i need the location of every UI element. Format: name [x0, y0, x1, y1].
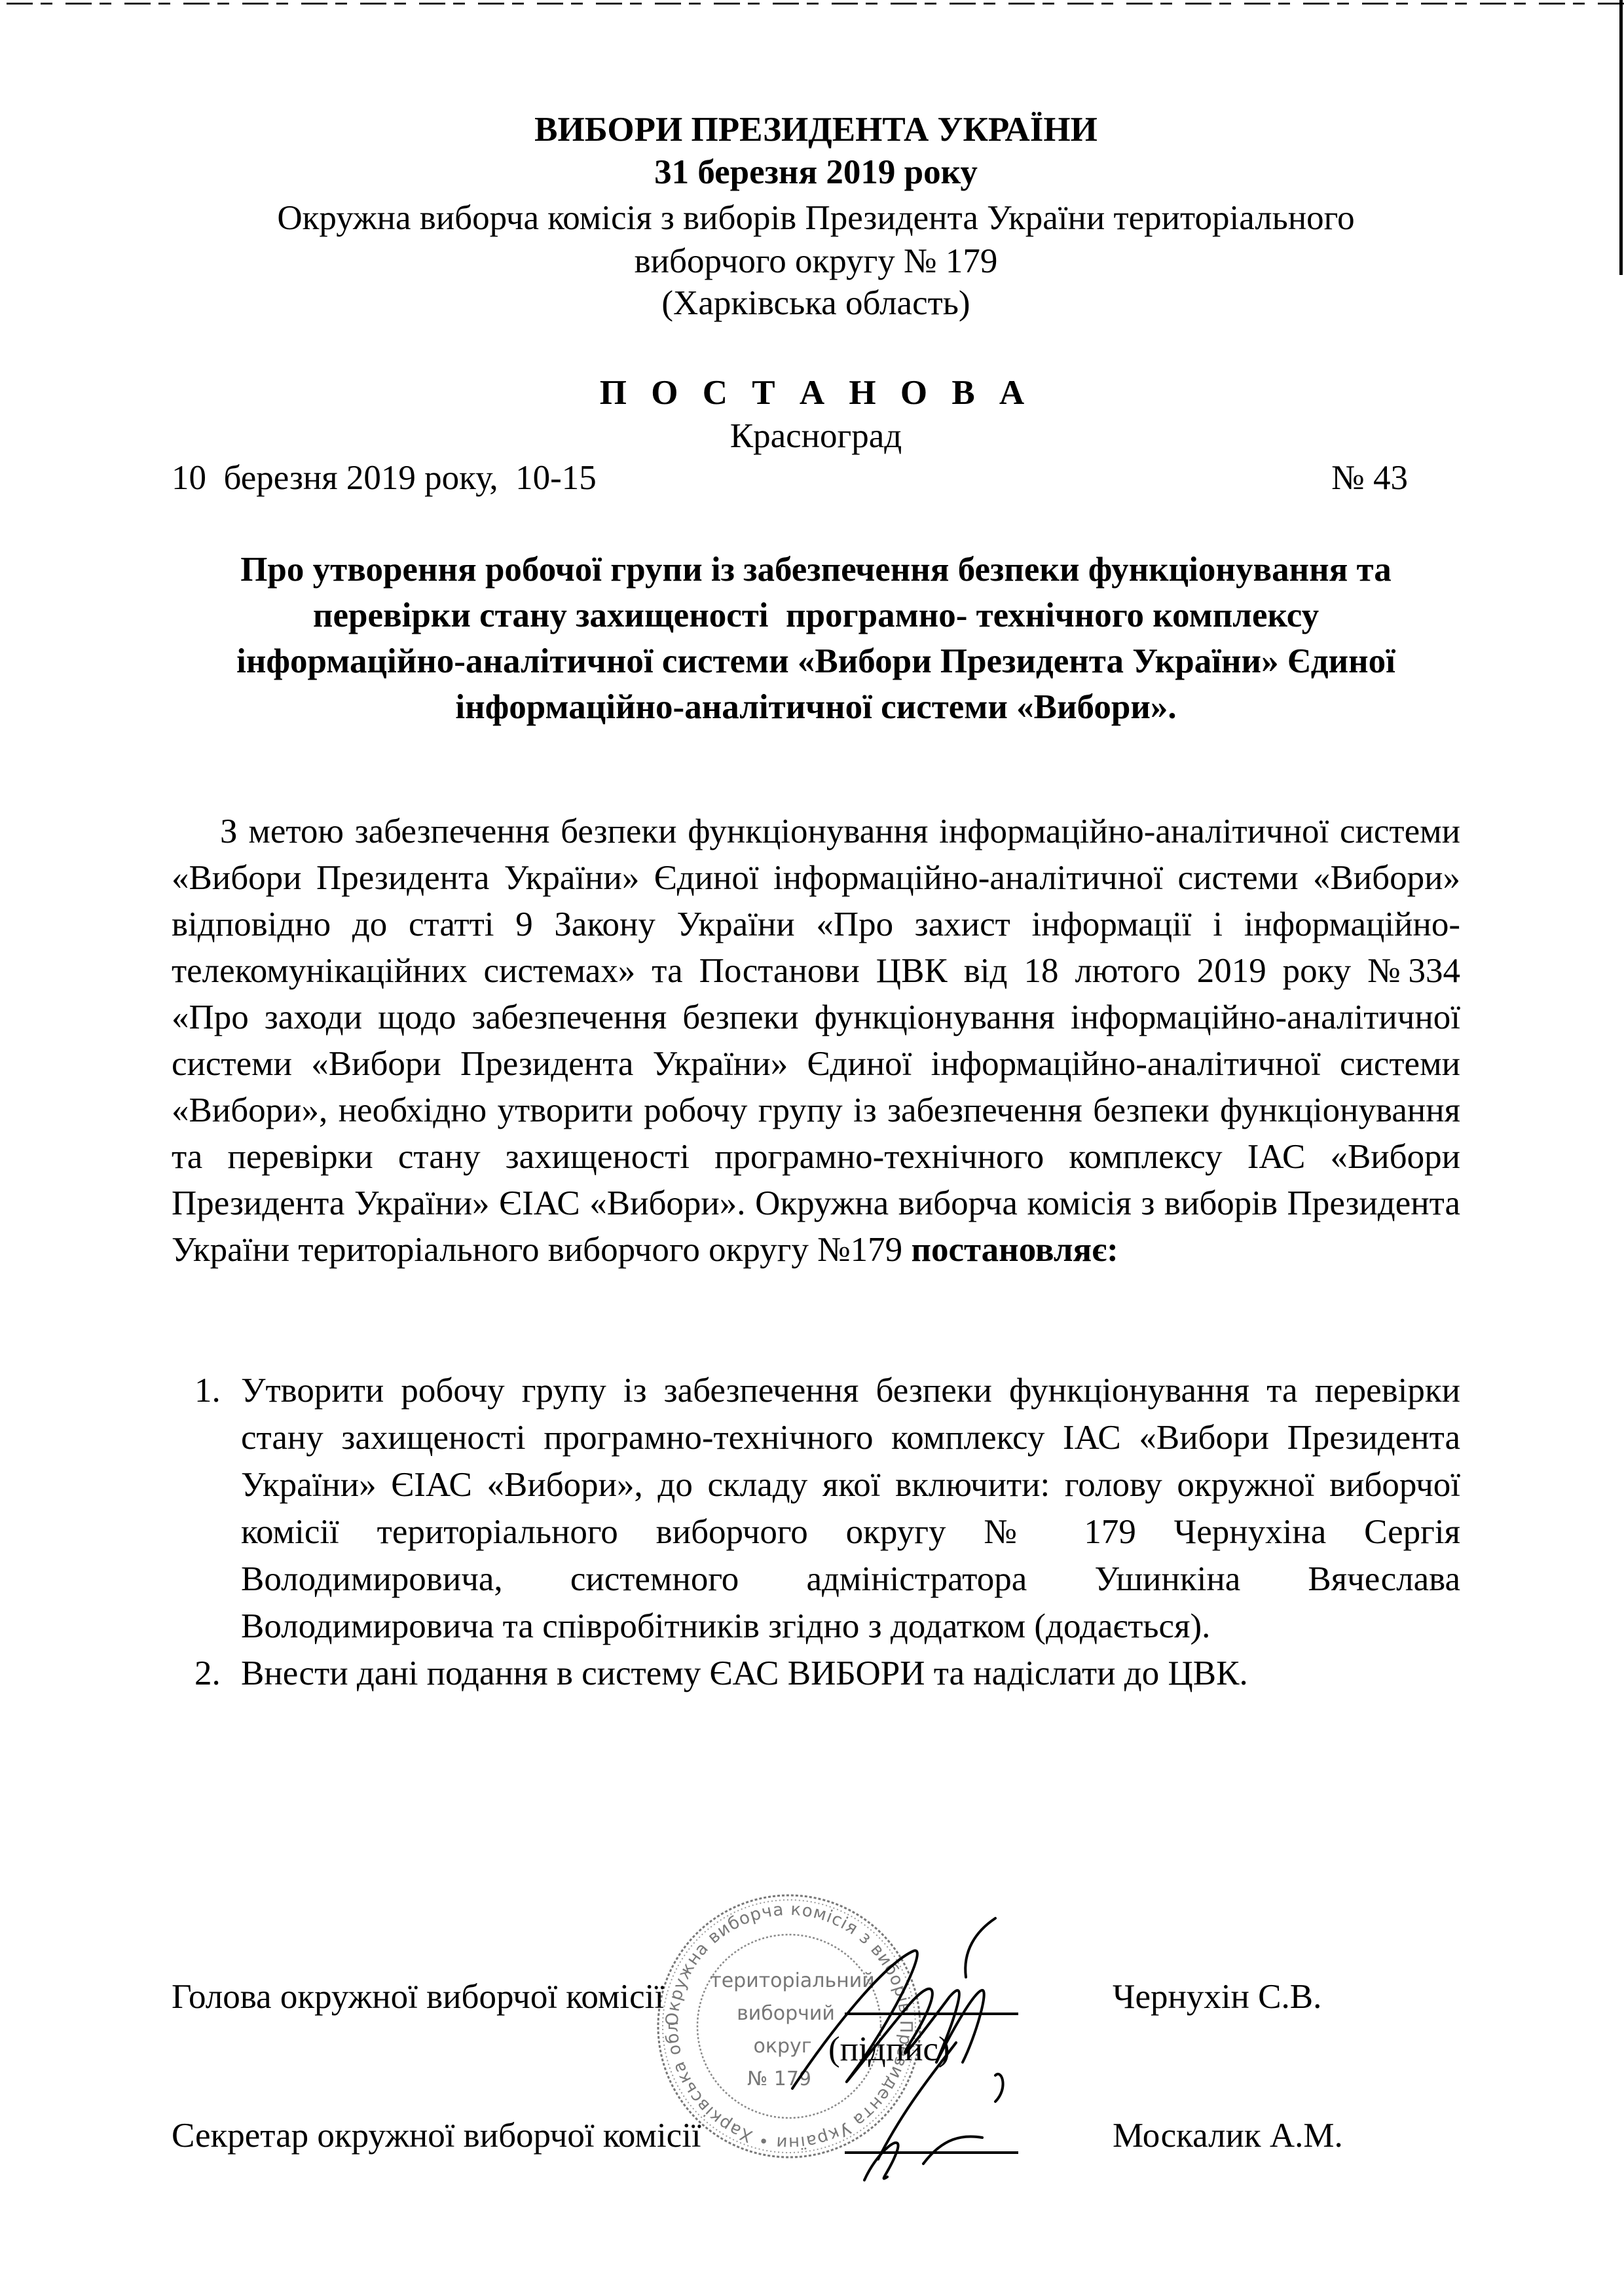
- scan-edge-top: [7, 3, 1624, 5]
- election-title: ВИБОРИ ПРЕЗИДЕНТА УКРАЇНИ: [172, 110, 1460, 149]
- scan-edge-right: [1619, 0, 1623, 275]
- secretary-signature: [851, 2131, 1048, 2183]
- preamble-resolves: постановляє:: [911, 1231, 1118, 1269]
- commission-line-1: Окружна виборча комісія з виборів Презид…: [172, 196, 1460, 240]
- region: (Харківська область): [172, 283, 1460, 323]
- secretary-role: Секретар окружної виборчої комісії: [172, 2116, 701, 2155]
- commission-name: Окружна виборча комісія з виборів Презид…: [172, 196, 1460, 283]
- document-meta: 10 березня 2019 року, 10-15 № 43: [172, 458, 1460, 498]
- secretary-name: Москалик А.М.: [1113, 2116, 1343, 2155]
- commission-line-2: виборчого округу № 179: [172, 240, 1460, 283]
- election-date: 31 березня 2019 року: [172, 153, 1460, 192]
- subject-line-3: інформаційно-аналітичної системи «Вибори…: [172, 638, 1460, 684]
- subject-line-1: Про утворення робочої групи із забезпече…: [172, 547, 1460, 592]
- document-date-time: 10 березня 2019 року, 10-15: [172, 458, 597, 498]
- decision-number: 2.: [194, 1650, 221, 1697]
- document-subject: Про утворення робочої групи із забезпече…: [172, 547, 1460, 730]
- secretary-signature-line: [845, 2151, 1018, 2154]
- decision-text: Утворити робочу групу із забезпечення бе…: [241, 1372, 1460, 1645]
- decision-list: 1. Утворити робочу групу із забезпечення…: [172, 1367, 1460, 1697]
- decision-text: Внести дані подання в систему ЄАС ВИБОРИ…: [241, 1654, 1248, 1692]
- document-city: Красноград: [172, 416, 1460, 456]
- decision-item: 2. Внести дані подання в систему ЄАС ВИБ…: [172, 1650, 1460, 1697]
- decision-number: 1.: [194, 1367, 221, 1414]
- signature-scribble-icon: [851, 2131, 1048, 2183]
- subject-line-4: інформаційно-аналітичної системи «Вибори…: [172, 684, 1460, 730]
- head-signature-line: [845, 2013, 1018, 2015]
- document-type: П О С Т А Н О В А: [172, 373, 1460, 412]
- document-number: № 43: [1331, 458, 1408, 498]
- decision-item: 1. Утворити робочу групу із забезпечення…: [172, 1367, 1460, 1650]
- preamble-paragraph: З метою забезпечення безпеки функціонува…: [172, 809, 1460, 1273]
- head-role: Голова окружної виборчої комісії: [172, 1977, 664, 2016]
- preamble-text: З метою забезпечення безпеки функціонува…: [172, 812, 1460, 1269]
- subject-line-2: перевірки стану захищеності програмно- т…: [172, 592, 1460, 638]
- signature-caption: (підпис): [828, 2030, 950, 2069]
- head-name: Чернухін С.В.: [1113, 1977, 1321, 2016]
